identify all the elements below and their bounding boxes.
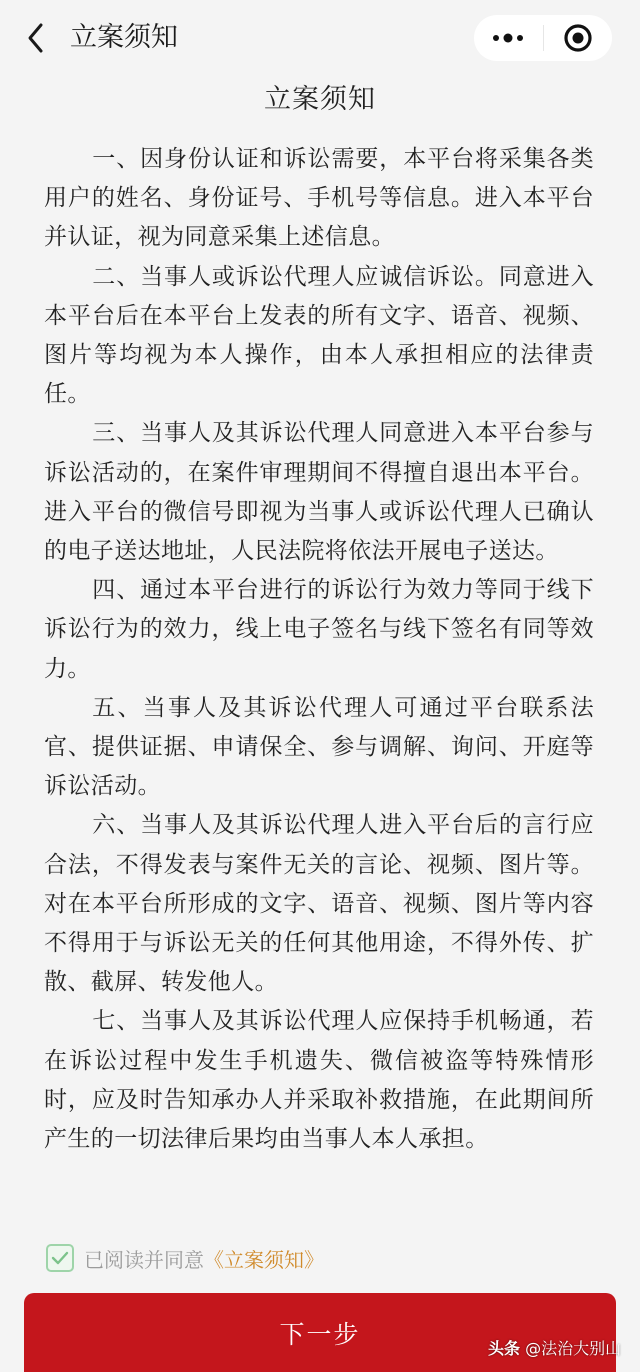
checkmark-icon <box>50 1250 70 1266</box>
notice-paragraph-2: 二、当事人或诉讼代理人应诚信诉讼。同意进入本平台后在本平台上发表的所有文字、语音… <box>44 258 594 415</box>
agree-checkbox[interactable] <box>46 1244 74 1272</box>
agree-label: 已阅读并同意 <box>84 1244 204 1273</box>
target-circle-icon <box>563 23 593 53</box>
back-button[interactable] <box>22 20 50 56</box>
notice-paragraph-1: 一、因身份认证和诉讼需要，本平台将采集各类用户的姓名、身份证号、手机号等信息。进… <box>44 140 594 258</box>
close-miniprogram-button[interactable] <box>544 15 613 61</box>
notice-paragraph-7: 七、当事人及其诉讼代理人应保持手机畅通，若在诉讼过程中发生手机遗失、微信被盗等特… <box>44 1002 594 1159</box>
notice-content: 一、因身份认证和诉讼需要，本平台将采集各类用户的姓名、身份证号、手机号等信息。进… <box>44 140 594 1159</box>
next-step-button[interactable]: 下一步 <box>24 1293 616 1372</box>
more-button[interactable] <box>474 15 543 61</box>
watermark: 头条 @法治大别山 <box>488 1336 621 1359</box>
notice-paragraph-3: 三、当事人及其诉讼代理人同意进入本平台参与诉讼活动的，在案件审理期间不得擅自退出… <box>44 414 594 571</box>
more-dots-icon <box>491 32 525 44</box>
chevron-left-icon <box>22 20 50 56</box>
page-title: 立案须知 <box>0 78 640 122</box>
watermark-brand: 头条 <box>488 1339 520 1358</box>
notice-paragraph-6: 六、当事人及其诉讼代理人进入平台后的言行应合法，不得发表与案件无关的言论、视频、… <box>44 806 594 1002</box>
agreement-row[interactable]: 已阅读并同意 《立案须知》 <box>46 1240 324 1276</box>
notice-link[interactable]: 《立案须知》 <box>204 1244 324 1273</box>
notice-paragraph-4: 四、通过本平台进行的诉讼行为效力等同于线下诉讼行为的效力，线上电子签名与线下签名… <box>44 571 594 689</box>
notice-paragraph-5: 五、当事人及其诉讼代理人可通过平台联系法官、提供证据、申请保全、参与调解、询问、… <box>44 689 594 807</box>
watermark-handle: @法治大别山 <box>525 1339 621 1358</box>
mini-program-capsule <box>474 15 612 61</box>
nav-title: 立案须知 <box>70 18 178 58</box>
navigation-bar: 立案须知 <box>0 0 640 74</box>
